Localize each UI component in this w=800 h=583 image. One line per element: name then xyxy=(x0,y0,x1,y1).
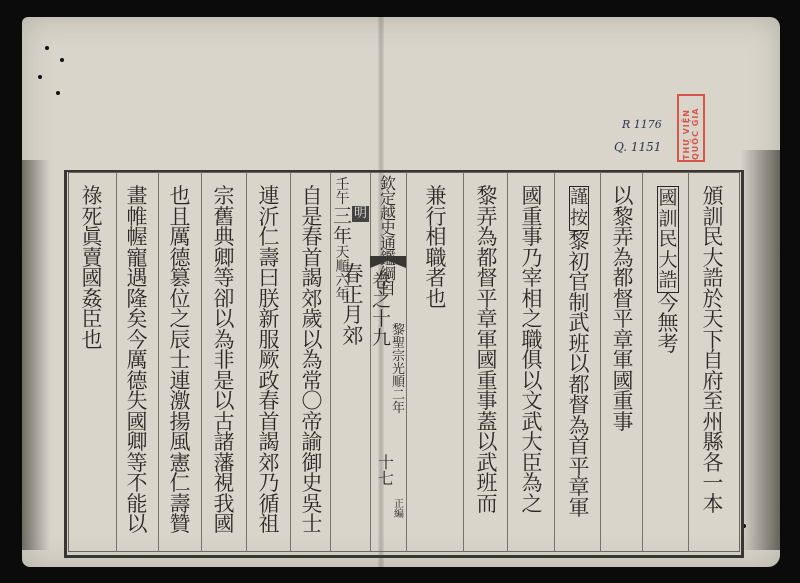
glyph: 帝 xyxy=(302,412,323,433)
glyph: 訓 xyxy=(658,209,677,230)
glyph: 事 xyxy=(477,391,498,412)
glyph: 沂 xyxy=(259,207,280,228)
glyph: 七 xyxy=(378,471,394,487)
glyph: 以 xyxy=(127,514,148,535)
glyph: 為 xyxy=(214,330,235,351)
glyph: 重 xyxy=(613,391,634,412)
glyph: 職 xyxy=(522,330,543,351)
glyph: 國 xyxy=(613,371,634,392)
text-column-l1-body: 春正月郊 xyxy=(333,264,373,346)
glyph: 臣 xyxy=(522,453,543,474)
glyph: 我 xyxy=(214,494,235,515)
glyph: 以 xyxy=(569,354,590,375)
glyph: 州 xyxy=(703,412,724,433)
glyph: 考 xyxy=(658,334,679,355)
glyph: 也 xyxy=(426,289,447,310)
glyph: 職 xyxy=(426,248,447,269)
glyph: 軍 xyxy=(613,350,634,371)
glyph: 畫 xyxy=(127,186,148,207)
glyph: 首 xyxy=(259,412,280,433)
glyph: 午 xyxy=(335,192,349,206)
glyph: 古 xyxy=(214,412,235,433)
glyph: 士 xyxy=(302,514,323,535)
glyph: 各 xyxy=(703,453,724,474)
glyph: 贊 xyxy=(170,514,191,535)
glyph: 連 xyxy=(170,371,191,392)
text-column-l5: 也且厲德篡位之辰士連激揚風憲仁壽贊 xyxy=(160,186,200,535)
glyph: 朕 xyxy=(259,289,280,310)
glyph: 平 xyxy=(477,289,498,310)
glyph: 一 xyxy=(703,473,724,494)
glyph: 相 xyxy=(522,289,543,310)
glyph: 臣 xyxy=(82,309,103,330)
glyph: 等 xyxy=(214,268,235,289)
glyph: 縣 xyxy=(703,432,724,453)
glyph: 者 xyxy=(426,268,447,289)
glyph: 春 xyxy=(343,264,364,285)
glyph: 德 xyxy=(170,248,191,269)
glyph: 諸 xyxy=(214,432,235,453)
text-column-l4: 宗舊典卿等卻以為非是以古諸藩視我國 xyxy=(204,186,244,535)
glyph: 以 xyxy=(214,391,235,412)
glyph: 武 xyxy=(477,453,498,474)
text-column-r7: 兼行相職者也 xyxy=(416,186,456,309)
glyph: 黎 xyxy=(569,231,590,252)
glyph: 誥 xyxy=(658,270,677,291)
glyph: 文 xyxy=(522,391,543,412)
glyph: 國 xyxy=(82,268,103,289)
glyph: 俱 xyxy=(522,350,543,371)
glyph: 卿 xyxy=(214,248,235,269)
glyph: 帷 xyxy=(127,207,148,228)
glyph: 國 xyxy=(127,412,148,433)
glyph: 乃 xyxy=(259,473,280,494)
text-column-r1: 頒訓民大誥於天下自府至州縣各一本 xyxy=(693,186,733,514)
boxed-commentary-marker: 謹按 xyxy=(569,186,589,231)
column-rule xyxy=(554,172,555,552)
text-column-l3: 連沂仁壽曰朕新服厥政春首謁郊乃循祖 xyxy=(249,186,289,535)
glyph: 首 xyxy=(302,248,323,269)
glyph: 都 xyxy=(613,268,634,289)
glyph: 宗 xyxy=(214,186,235,207)
glyph: 非 xyxy=(214,350,235,371)
glyph: 以 xyxy=(214,309,235,330)
glyph: 壽 xyxy=(170,494,191,515)
left-edge-stain xyxy=(22,160,50,550)
glyph: 視 xyxy=(214,473,235,494)
glyph: 仁 xyxy=(170,473,191,494)
glyph: 以 xyxy=(522,371,543,392)
text-column-l2: 自是春首謁郊歲以為常〇帝諭御史吳士 xyxy=(292,186,332,535)
column-rule xyxy=(290,172,291,552)
glyph: 之 xyxy=(522,309,543,330)
glyph: 民 xyxy=(658,229,677,250)
glyph: 〇 xyxy=(302,391,323,412)
glyph: 不 xyxy=(127,473,148,494)
glyph: 服 xyxy=(259,330,280,351)
glyph: 武 xyxy=(569,313,590,334)
glyph: 御 xyxy=(302,453,323,474)
glyph: 春 xyxy=(302,227,323,248)
glyph: 章 xyxy=(569,477,590,498)
glyph: 大 xyxy=(522,432,543,453)
glyph: 等 xyxy=(127,453,148,474)
glyph: 兼 xyxy=(426,186,447,207)
glyph: 政 xyxy=(259,371,280,392)
glyph: 祿 xyxy=(82,186,103,207)
glyph: 以 xyxy=(613,186,634,207)
glyph: 下 xyxy=(703,330,724,351)
glyph: 藩 xyxy=(214,453,235,474)
glyph: 位 xyxy=(170,289,191,310)
glyph: 三 xyxy=(333,206,352,226)
glyph: 頒 xyxy=(703,186,724,207)
glyph: 都 xyxy=(569,375,590,396)
glyph: 循 xyxy=(259,494,280,515)
glyph: 卿 xyxy=(127,432,148,453)
glyph: 郊 xyxy=(343,326,364,347)
glyph: 且 xyxy=(170,207,191,228)
glyph: 寵 xyxy=(127,248,148,269)
glyph: 於 xyxy=(703,289,724,310)
glyph: 今 xyxy=(658,293,679,314)
column-rule xyxy=(406,172,407,552)
glyph: 曰 xyxy=(259,268,280,289)
glyph: 平 xyxy=(569,457,590,478)
edition-label: 正編 xyxy=(394,500,404,520)
glyph: 仁 xyxy=(259,227,280,248)
library-stamp: THƯ VIỆN QUỐC GIA xyxy=(677,94,705,162)
glyph: 行 xyxy=(426,207,447,228)
glyph: 蓋 xyxy=(477,412,498,433)
glyph: 幄 xyxy=(127,227,148,248)
glyph: 按 xyxy=(570,209,588,230)
glyph: 督 xyxy=(477,268,498,289)
glyph: 都 xyxy=(477,248,498,269)
volume-label: 卷之十九 xyxy=(372,272,391,348)
glyph: 天 xyxy=(703,309,724,330)
glyph: 官 xyxy=(569,272,590,293)
glyph: 辰 xyxy=(170,330,191,351)
text-column-r6: 黎弄為都督平章軍國重事蓋以武班而 xyxy=(467,186,507,514)
glyph: 重 xyxy=(522,207,543,228)
glyph: 士 xyxy=(170,350,191,371)
era-label: 黎聖宗光順二年 xyxy=(392,324,405,415)
glyph: 以 xyxy=(477,432,498,453)
glyph: 以 xyxy=(302,330,323,351)
glyph: 連 xyxy=(259,186,280,207)
wormhole xyxy=(38,75,42,79)
glyph: 眞 xyxy=(82,227,103,248)
glyph: 軍 xyxy=(477,330,498,351)
glyph: 賣 xyxy=(82,248,103,269)
column-rule xyxy=(201,172,202,552)
glyph: 是 xyxy=(302,207,323,228)
glyph: 典 xyxy=(214,227,235,248)
glyph: 宰 xyxy=(522,268,543,289)
glyph: 為 xyxy=(613,248,634,269)
glyph: 無 xyxy=(658,313,679,334)
glyph: 激 xyxy=(170,391,191,412)
glyph: 正 xyxy=(343,285,364,306)
glyph: 壬 xyxy=(335,178,349,192)
text-column-r5: 國重事乃宰相之職俱以文武大臣為之 xyxy=(512,186,552,514)
glyph: 為 xyxy=(302,350,323,371)
glyph: 謁 xyxy=(259,432,280,453)
glyph: 為 xyxy=(477,227,498,248)
column-rule xyxy=(246,172,247,552)
glyph: 月 xyxy=(343,305,364,326)
glyph: 訓 xyxy=(703,207,724,228)
glyph: 春 xyxy=(259,391,280,412)
glyph: 督 xyxy=(613,289,634,310)
glyph: 督 xyxy=(569,395,590,416)
glyph: 武 xyxy=(522,412,543,433)
boxed-heading: 國訓民大誥 xyxy=(657,186,678,293)
glyph: 章 xyxy=(613,330,634,351)
glyph: 天 xyxy=(335,246,349,260)
glyph: 謁 xyxy=(302,268,323,289)
glyph: 自 xyxy=(703,350,724,371)
glyph: 之 xyxy=(170,309,191,330)
glyph: 謹 xyxy=(570,188,588,209)
glyph: 誥 xyxy=(703,268,724,289)
glyph: 章 xyxy=(477,309,498,330)
boxed-dynasty-marker: 明 xyxy=(352,206,369,222)
glyph: 憲 xyxy=(170,453,191,474)
glyph: 篡 xyxy=(170,268,191,289)
column-rule xyxy=(507,172,508,552)
glyph: 死 xyxy=(82,207,103,228)
glyph: 遇 xyxy=(127,268,148,289)
glyph: 隆 xyxy=(127,289,148,310)
glyph: 制 xyxy=(569,293,590,314)
glyph: 德 xyxy=(127,371,148,392)
glyph: 歲 xyxy=(302,309,323,330)
right-edge-stain xyxy=(740,150,780,550)
glyph: 厲 xyxy=(127,350,148,371)
glyph: 相 xyxy=(426,227,447,248)
glyph: 弄 xyxy=(477,207,498,228)
glyph: 也 xyxy=(170,186,191,207)
glyph: 厲 xyxy=(170,227,191,248)
handwritten-accession-number: Q. 1151 xyxy=(614,140,661,154)
glyph: 能 xyxy=(127,494,148,515)
handwritten-call-number: R 1176 xyxy=(622,118,662,131)
glyph: 本 xyxy=(703,494,724,515)
glyph: 是 xyxy=(214,371,235,392)
glyph: 為 xyxy=(522,473,543,494)
glyph: 首 xyxy=(569,436,590,457)
glyph: 事 xyxy=(613,412,634,433)
glyph: 國 xyxy=(522,186,543,207)
glyph: 事 xyxy=(522,227,543,248)
glyph: 府 xyxy=(703,371,724,392)
glyph: 而 xyxy=(477,494,498,515)
glyph: 年 xyxy=(392,402,405,415)
glyph: 黎 xyxy=(613,207,634,228)
glyph: 祖 xyxy=(259,514,280,535)
glyph: 至 xyxy=(703,391,724,412)
wormhole xyxy=(45,46,49,50)
glyph: 為 xyxy=(569,416,590,437)
glyph: 也 xyxy=(82,330,103,351)
glyph: 常 xyxy=(302,371,323,392)
glyph: 黎 xyxy=(477,186,498,207)
glyph: 姦 xyxy=(82,289,103,310)
glyph: 厥 xyxy=(259,350,280,371)
glyph: 初 xyxy=(569,252,590,273)
glyph: 大 xyxy=(658,250,677,271)
text-column-l6: 畫帷幄寵遇隆矣今厲德失國卿等不能以 xyxy=(117,186,157,535)
glyph: 卻 xyxy=(214,289,235,310)
text-column-r3: 以黎弄為都督平章軍國重事 xyxy=(603,186,643,432)
glyph: 軍 xyxy=(569,498,590,519)
glyph: 班 xyxy=(569,334,590,355)
glyph: 之 xyxy=(522,494,543,515)
glyph: 年 xyxy=(333,226,352,246)
glyph: 揚 xyxy=(170,412,191,433)
glyph: 重 xyxy=(477,371,498,392)
glyph: 九 xyxy=(372,329,391,348)
glyph: 郊 xyxy=(302,289,323,310)
glyph: 舊 xyxy=(214,207,235,228)
text-column-l7: 祿死眞賣國姦臣也 xyxy=(72,186,112,350)
glyph: 民 xyxy=(703,227,724,248)
glyph: 風 xyxy=(170,432,191,453)
glyph: 弄 xyxy=(613,227,634,248)
page-number: 十七 xyxy=(378,455,394,487)
column-rule xyxy=(158,172,159,552)
dynasty-annotation: 明 xyxy=(352,206,369,222)
glyph: 編 xyxy=(394,510,404,520)
glyph: 乃 xyxy=(522,248,543,269)
glyph: 自 xyxy=(302,186,323,207)
glyph: 壽 xyxy=(259,248,280,269)
glyph: 班 xyxy=(477,473,498,494)
text-column-r2: 國訓民大誥 今無考 xyxy=(648,186,688,354)
glyph: 史 xyxy=(302,473,323,494)
glyph: 失 xyxy=(127,391,148,412)
glyph: 大 xyxy=(703,248,724,269)
glyph: 吳 xyxy=(302,494,323,515)
glyph: 郊 xyxy=(259,453,280,474)
center-column: 欽定越史通鑑綱目 卷之十九 黎聖宗光順二年 十七 正編 xyxy=(370,172,406,552)
glyph: 今 xyxy=(127,330,148,351)
glyph: 國 xyxy=(477,350,498,371)
wormhole xyxy=(56,91,60,95)
text-column-r4: 謹按 黎初官制武班以都督為首平章軍 xyxy=(559,186,599,518)
glyph: 國 xyxy=(658,188,677,209)
column-rule xyxy=(688,172,689,552)
column-rule xyxy=(600,172,601,552)
column-rule xyxy=(463,172,464,552)
glyph: 諭 xyxy=(302,432,323,453)
glyph: 新 xyxy=(259,309,280,330)
wormhole xyxy=(60,58,64,62)
glyph: 國 xyxy=(214,514,235,535)
glyph: 平 xyxy=(613,309,634,330)
glyph: 矣 xyxy=(127,309,148,330)
